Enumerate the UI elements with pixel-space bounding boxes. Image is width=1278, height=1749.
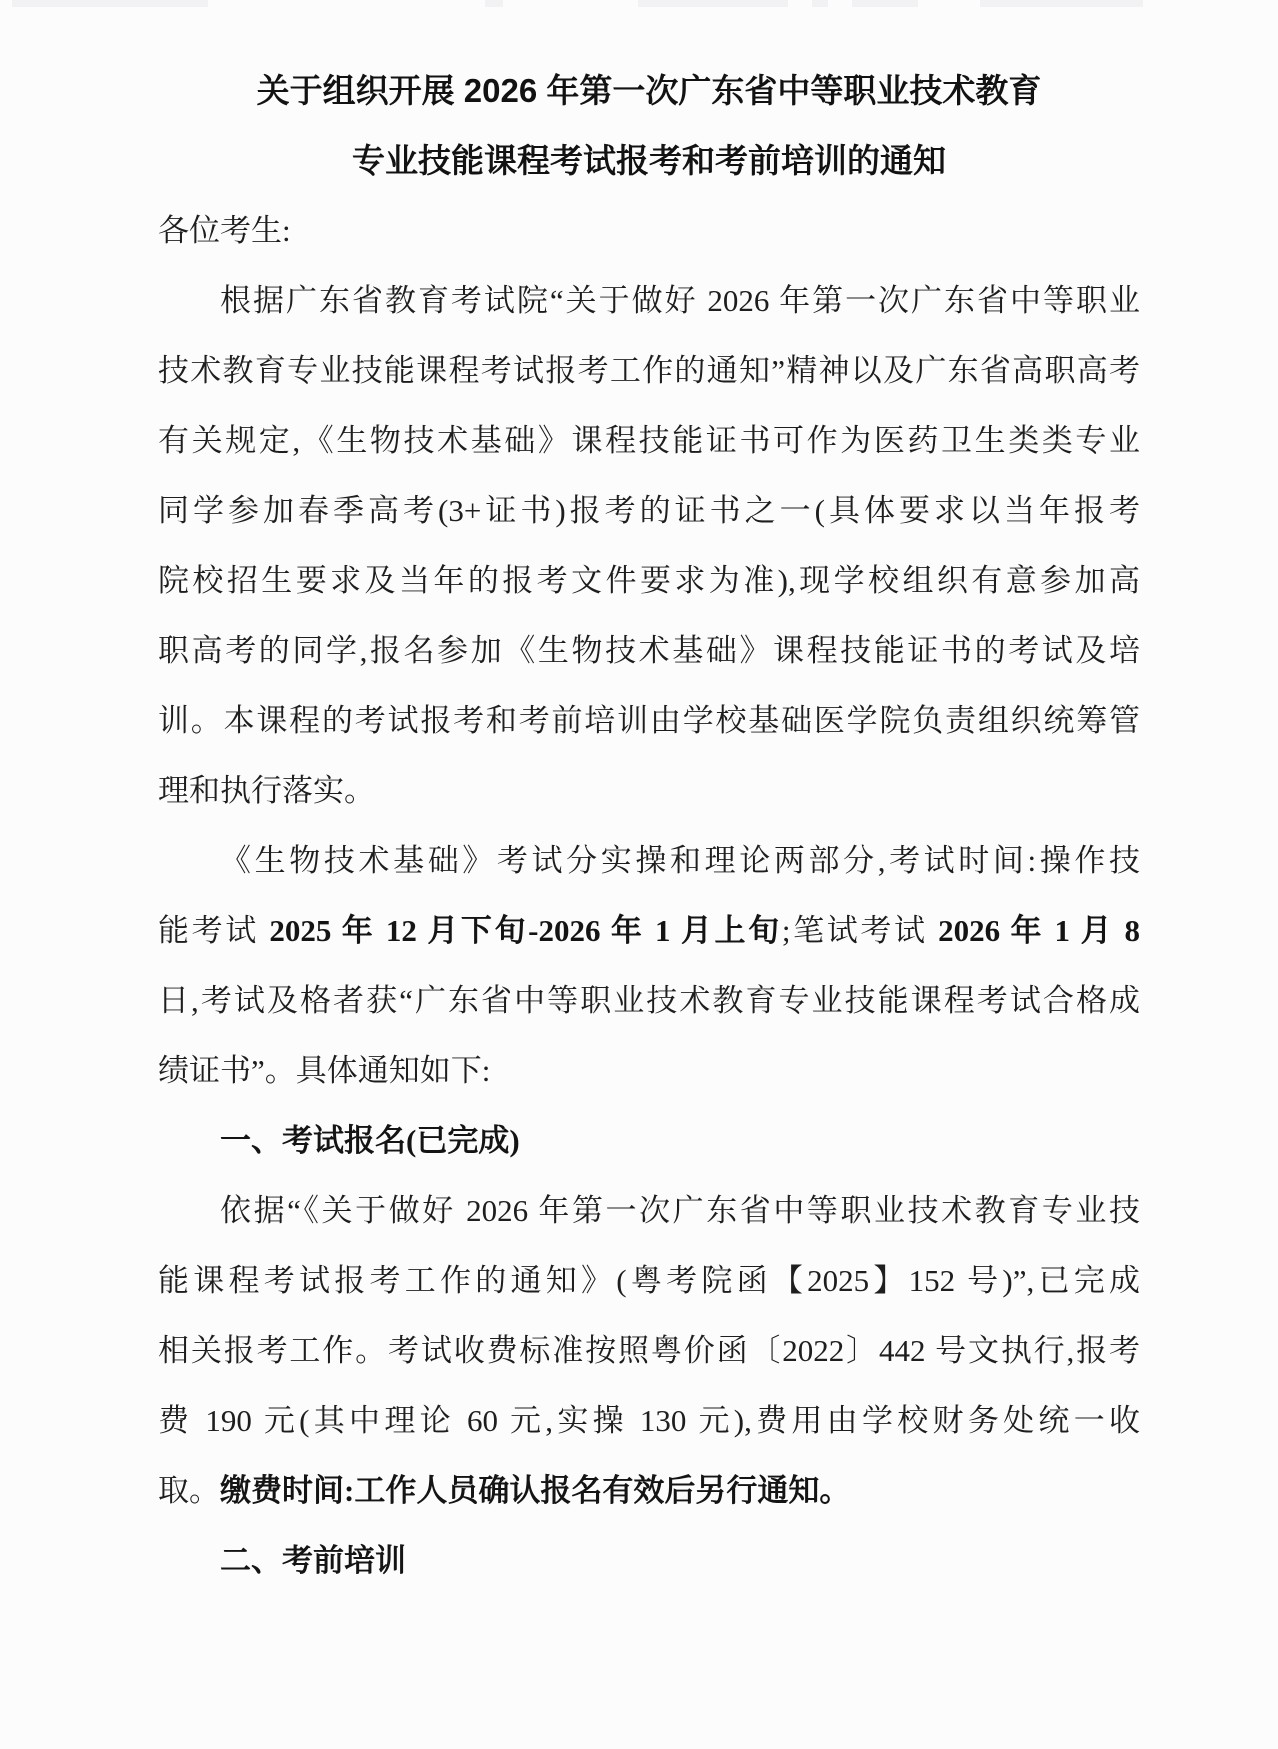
paragraph-3-line: 相关报考工作。考试收费标准按照粤价函〔2022〕442 号文执行,报考	[158, 1316, 1140, 1386]
text-segment: 职高考的同学,报名参加《生物技术基础》课程技能证书的考试及培	[158, 633, 1140, 668]
paragraph-1-line: 理和执行落实。	[158, 756, 1140, 826]
text-segment: 能考试	[158, 913, 269, 948]
paragraph-2-line: 日,考试及格者获“广东省中等职业技术教育专业技能课程考试合格成	[158, 966, 1140, 1036]
document-content: 关于组织开展 2026 年第一次广东省中等职业技术教育 专业技能课程考试报考和考…	[158, 56, 1140, 1596]
salutation-line: 各位考生:	[158, 196, 1140, 266]
text-segment: 院校招生要求及当年的报考文件要求为准),现学校组织有意参加高	[158, 563, 1140, 598]
paragraph-1-line: 同学参加春季高考(3+证书)报考的证书之一(具体要求以当年报考	[158, 476, 1140, 546]
bold-text-segment: 2025 年 12 月下旬-2026 年 1 月上旬	[269, 913, 781, 948]
text-segment: 理和执行落实。	[158, 773, 375, 808]
bold-text-segment: 一、考试报名(已完成)	[220, 1123, 520, 1158]
section-heading-2: 二、考前培训	[158, 1526, 1140, 1596]
text-segment: 绩证书”。具体通知如下:	[158, 1053, 490, 1088]
text-segment: 费 190 元(其中理论 60 元,实操 130 元),费用由学校财务处统一收	[158, 1403, 1140, 1438]
paragraph-1-line: 有关规定,《生物技术基础》课程技能证书可作为医药卫生类类专业	[158, 406, 1140, 476]
scan-artifact	[485, 0, 503, 7]
bold-text-segment: 缴费时间:工作人员确认报名有效后另行通知。	[220, 1473, 850, 1508]
paragraph-1-line: 院校招生要求及当年的报考文件要求为准),现学校组织有意参加高	[158, 546, 1140, 616]
text-segment: 能课程考试报考工作的通知》(粤考院函【2025】152 号)”,已完成	[158, 1263, 1140, 1298]
paragraph-2-line: 绩证书”。具体通知如下:	[158, 1036, 1140, 1106]
text-segment: 技术教育专业技能课程考试报考工作的通知”精神以及广东省高职高考	[158, 353, 1140, 388]
text-segment: 根据广东省教育考试院“关于做好 2026 年第一次广东省中等职业	[220, 283, 1140, 318]
scan-artifact	[638, 0, 788, 7]
paragraph-3-line: 取。缴费时间:工作人员确认报名有效后另行通知。	[158, 1456, 1140, 1526]
bold-text-segment: 二、考前培训	[220, 1543, 406, 1578]
paragraph-1-line: 训。本课程的考试报考和考前培训由学校基础医学院负责组织统筹管	[158, 686, 1140, 756]
paragraph-1-line: 根据广东省教育考试院“关于做好 2026 年第一次广东省中等职业	[158, 266, 1140, 336]
paragraph-1-line: 技术教育专业技能课程考试报考工作的通知”精神以及广东省高职高考	[158, 336, 1140, 406]
text-segment: 《生物技术基础》考试分实操和理论两部分,考试时间:操作技	[220, 843, 1140, 878]
scan-artifact	[980, 0, 1143, 7]
document-body: 各位考生:根据广东省教育考试院“关于做好 2026 年第一次广东省中等职业技术教…	[158, 196, 1140, 1596]
text-segment: 各位考生:	[158, 213, 291, 248]
scan-artifact	[812, 0, 828, 7]
text-segment: 训。本课程的考试报考和考前培训由学校基础医学院负责组织统筹管	[158, 703, 1140, 738]
scan-artifact	[852, 0, 918, 7]
paragraph-2-line: 能考试 2025 年 12 月下旬-2026 年 1 月上旬;笔试考试 2026…	[158, 896, 1140, 966]
paragraph-3-line: 费 190 元(其中理论 60 元,实操 130 元),费用由学校财务处统一收	[158, 1386, 1140, 1456]
text-segment: 有关规定,《生物技术基础》课程技能证书可作为医药卫生类类专业	[158, 423, 1140, 458]
text-segment: ;笔试考试	[782, 913, 938, 948]
text-segment: 取。	[158, 1473, 220, 1508]
text-segment: 依据“《关于做好 2026 年第一次广东省中等职业技术教育专业技	[220, 1193, 1140, 1228]
paragraph-3-line: 依据“《关于做好 2026 年第一次广东省中等职业技术教育专业技	[158, 1176, 1140, 1246]
document-title-line-2: 专业技能课程考试报考和考前培训的通知	[158, 126, 1140, 196]
scan-artifact	[12, 0, 208, 7]
paragraph-1-line: 职高考的同学,报名参加《生物技术基础》课程技能证书的考试及培	[158, 616, 1140, 686]
bold-text-segment: 2026 年 1 月 8	[938, 913, 1140, 948]
paragraph-2-line: 《生物技术基础》考试分实操和理论两部分,考试时间:操作技	[158, 826, 1140, 896]
paragraph-3-line: 能课程考试报考工作的通知》(粤考院函【2025】152 号)”,已完成	[158, 1246, 1140, 1316]
text-segment: 相关报考工作。考试收费标准按照粤价函〔2022〕442 号文执行,报考	[158, 1333, 1140, 1368]
section-heading-1: 一、考试报名(已完成)	[158, 1106, 1140, 1176]
text-segment: 同学参加春季高考(3+证书)报考的证书之一(具体要求以当年报考	[158, 493, 1140, 528]
document-title-line-1: 关于组织开展 2026 年第一次广东省中等职业技术教育	[158, 56, 1140, 126]
scanned-document-page: 关于组织开展 2026 年第一次广东省中等职业技术教育 专业技能课程考试报考和考…	[0, 0, 1278, 1749]
text-segment: 日,考试及格者获“广东省中等职业技术教育专业技能课程考试合格成	[158, 983, 1140, 1018]
